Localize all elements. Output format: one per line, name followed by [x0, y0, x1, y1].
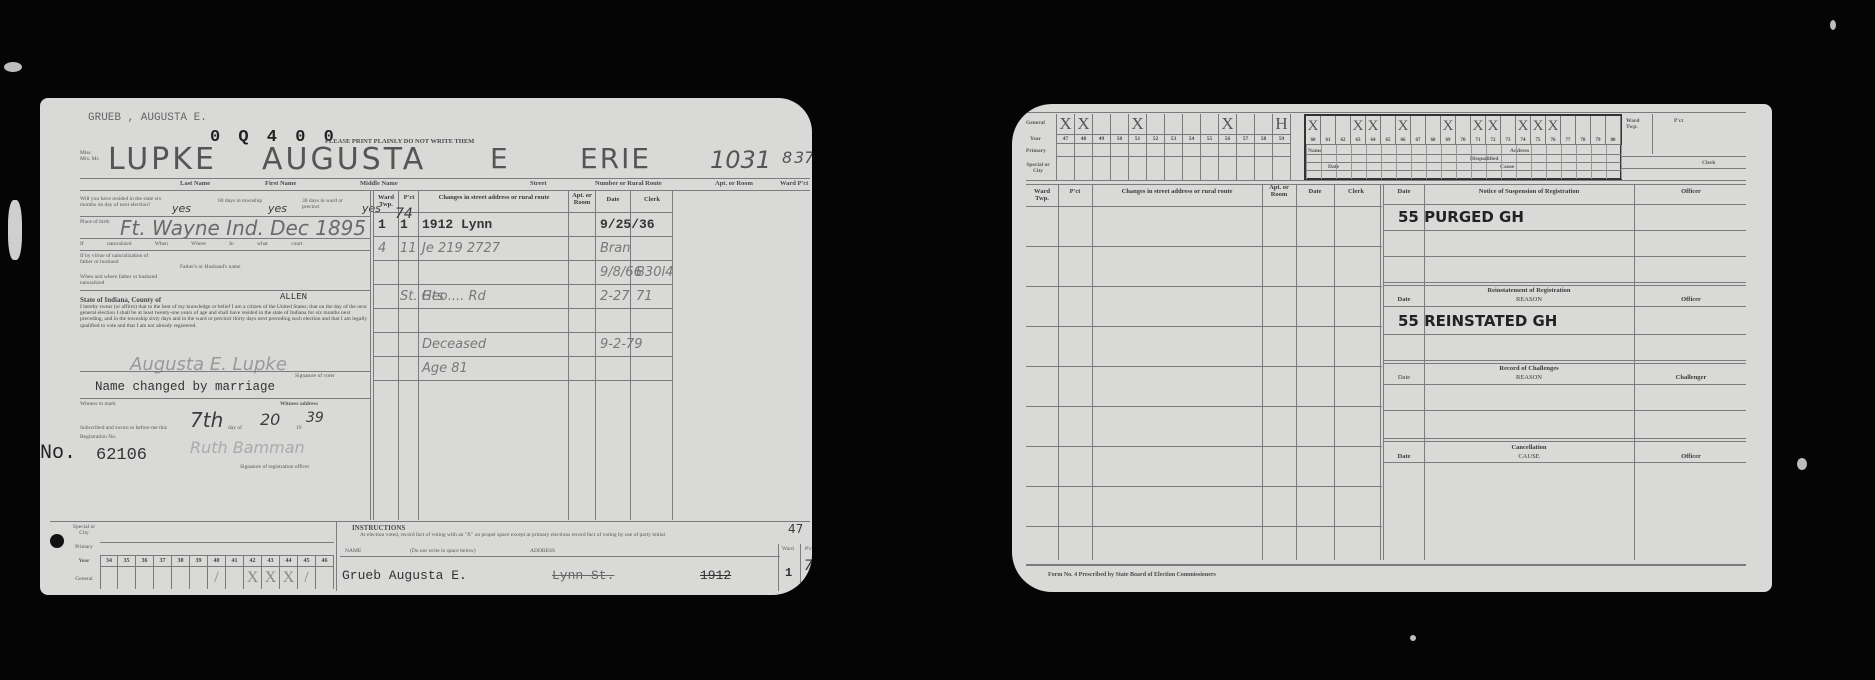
general-vote-cell	[1591, 116, 1606, 136]
grid-rule	[1396, 145, 1397, 179]
rule	[1306, 170, 1622, 171]
grid-rule	[1074, 144, 1075, 180]
row-date: 2-27	[600, 289, 630, 304]
year-cell: 35	[118, 556, 136, 566]
general-vote-cell	[1255, 114, 1273, 134]
ward-pct-label: Ward P'ct	[780, 180, 808, 187]
signature-voter-label: Signature of voter	[295, 373, 335, 379]
registration-card-front: GRUEB , AUGUSTA E. 0 Q 4 0 0 PLEASE PRIN…	[40, 98, 812, 595]
general-vote-cell: /	[208, 567, 226, 589]
front-col-pct: P'ct	[400, 194, 418, 201]
grid-rule	[1200, 144, 1201, 180]
rule	[1384, 285, 1746, 286]
general-vote-cell: X	[1531, 116, 1546, 136]
row-ward: 4	[378, 241, 386, 256]
instructions-title: INSTRUCTIONS	[352, 524, 405, 532]
general-vote-cell: X	[1471, 116, 1486, 136]
grid-rule	[1576, 145, 1577, 179]
grid-rule	[1254, 144, 1255, 180]
grid-rule	[1591, 145, 1592, 179]
general-vote-cell: X	[1057, 114, 1075, 134]
front-year-row: 34353637383940414243444546	[100, 555, 334, 567]
rule	[1384, 204, 1746, 205]
general-vote-cell: X	[244, 567, 262, 589]
year-cell: 61	[1321, 136, 1336, 144]
rule	[100, 542, 334, 543]
year-cell: 34	[100, 556, 118, 566]
year-cell: 39	[190, 556, 208, 566]
grid-rule	[1128, 144, 1129, 180]
rule	[340, 556, 780, 557]
back-grid-label-year: Year	[1030, 136, 1041, 142]
pct-label: P'ct	[805, 546, 812, 552]
row-address: Deceased	[422, 337, 486, 352]
rule	[1026, 564, 1746, 566]
grid-rule	[1516, 145, 1517, 179]
row-pct: 11	[400, 241, 417, 256]
suspension-col-officer: Officer	[1636, 188, 1746, 195]
reinstatement-col-date: Date	[1386, 296, 1422, 303]
grid-rule	[1321, 145, 1322, 179]
typed-header: GRUEB , AUGUSTA E.	[88, 112, 207, 124]
back-col-ward: Ward Twp.	[1028, 188, 1056, 202]
year-cell: 40	[208, 556, 226, 566]
general-vote-cell	[172, 567, 190, 589]
grid-rule	[1351, 145, 1352, 179]
rule	[80, 290, 370, 291]
rule	[1384, 410, 1746, 411]
back-col-apt: Apt. or Room	[1264, 184, 1294, 198]
table-row: 111912 Lynn9/25/36	[374, 214, 674, 236]
year-cell: 49	[1093, 135, 1111, 143]
street-label: Street	[530, 180, 546, 187]
year-cell: 80	[1606, 136, 1621, 144]
row-clerk: 71	[636, 289, 653, 304]
no-prefix: No.	[40, 442, 76, 465]
row-date: Bran	[600, 241, 630, 256]
year-cell: 43	[262, 556, 280, 566]
reinstatement-title: Reinstatement of Registration	[1424, 287, 1634, 294]
day-of-label: day of	[228, 425, 242, 431]
general-vote-cell: X	[280, 567, 298, 589]
general-vote-cell	[1165, 114, 1183, 134]
box-label-clerk: Clerk	[1702, 160, 1715, 166]
general-vote-cell	[100, 567, 118, 589]
challenges-col-reason: REASON	[1426, 374, 1632, 381]
middle-name-label: Middle Name	[360, 180, 398, 187]
rule	[1384, 256, 1746, 257]
row-pct: 1	[400, 217, 408, 232]
row-address: Je 219 2727	[422, 241, 500, 256]
front-col-ward: Ward Twp.	[376, 194, 396, 208]
grid-rule	[1272, 144, 1273, 180]
general-vote-cell: X	[1546, 116, 1561, 136]
row-clerk: B30l4	[636, 265, 673, 280]
year-cell: 54	[1183, 135, 1201, 143]
rule	[1384, 334, 1746, 335]
year-cell: 56	[1219, 135, 1237, 143]
cancellation-col-date: Date	[1386, 453, 1422, 460]
general-vote-cell	[1561, 116, 1576, 136]
general-vote-cell: X	[1396, 116, 1411, 136]
naturalized-label: If naturalized When Where In what court	[80, 241, 370, 247]
general-vote-cell: H	[1273, 114, 1291, 134]
table-row	[1026, 286, 1382, 287]
rule	[1026, 112, 1746, 113]
grid-rule	[1486, 145, 1487, 179]
rule	[1026, 180, 1746, 181]
year-cell: 42	[244, 556, 262, 566]
resided-state-label: Will you have resided in the state six m…	[80, 196, 170, 208]
table-row: 411Je 219 2727Bran	[374, 238, 674, 260]
grid-rule	[1546, 145, 1547, 179]
subscribed-label: Subscribed and sworn to before me this	[80, 425, 167, 431]
reinstatement-col-reason: REASON	[1426, 296, 1632, 303]
rule	[1383, 184, 1384, 560]
suspension-entry: 55 PURGED GH	[1398, 208, 1524, 226]
general-vote-cell: X	[1129, 114, 1147, 134]
grid-rule	[1146, 144, 1147, 180]
year-cell: 77	[1561, 136, 1576, 144]
corner-note: 47	[788, 522, 803, 536]
grid-rule	[1426, 145, 1427, 179]
front-grid-label-primary: Primary	[70, 544, 98, 550]
back-year-row-right: 6061626364656667686970717273747576777879…	[1306, 136, 1621, 145]
oath-text: I hereby swear (or affirm) that to the b…	[80, 304, 370, 329]
table-row	[1026, 206, 1382, 207]
row-date: 9-2-79	[600, 337, 642, 352]
rule	[1384, 438, 1746, 439]
year-cell: 58	[1255, 135, 1273, 143]
grid-rule	[1110, 144, 1111, 180]
rule	[80, 238, 370, 239]
typed-address-struck: Lynn St.	[552, 568, 614, 583]
front-grid-label-special: Special or City	[70, 524, 98, 536]
row-rule	[373, 332, 673, 333]
year-prefix-label: 19	[296, 425, 302, 431]
rule	[1634, 184, 1635, 560]
grid-rule	[1441, 145, 1442, 179]
ward-value: 8	[782, 148, 792, 167]
rule	[370, 190, 371, 520]
table-row	[1026, 366, 1382, 367]
rule	[1384, 363, 1746, 364]
year-cell: 65	[1381, 136, 1396, 144]
rule	[1384, 306, 1746, 307]
general-vote-cell	[1093, 114, 1111, 134]
apt-label: Apt. or Room	[715, 180, 753, 187]
cancellation-col-officer: Officer	[1636, 453, 1746, 460]
general-vote-cell: X	[262, 567, 280, 589]
last-name-label: Last Name	[180, 180, 210, 187]
challenges-col-challenger: Challenger	[1636, 374, 1746, 381]
general-vote-cell	[1456, 116, 1471, 136]
row-address: Age 81	[422, 361, 468, 376]
front-general-row: /XXX/	[100, 567, 334, 589]
year-cell: 66	[1396, 136, 1411, 144]
year-cell: 52	[1147, 135, 1165, 143]
row-address: Hts .... Rd	[422, 289, 486, 304]
suspension-col-notice: Notice of Suspension of Registration	[1426, 188, 1632, 195]
film-speck	[1797, 458, 1807, 470]
front-col-apt: Apt. or Room	[570, 192, 594, 206]
grid-rule	[1366, 145, 1367, 179]
grid-rule	[1456, 145, 1457, 179]
rule	[1306, 154, 1622, 155]
general-vote-cell	[316, 567, 334, 589]
table-row: St. GeoHts .... Rd2-2771	[374, 286, 674, 308]
year-cell: 78	[1576, 136, 1591, 144]
grid-rule	[1218, 144, 1219, 180]
grid-rule	[1182, 144, 1183, 180]
grid-rule	[1164, 144, 1165, 180]
year-cell: 67	[1411, 136, 1426, 144]
grid-rule	[1056, 144, 1057, 180]
year-cell: 53	[1165, 135, 1183, 143]
general-vote-cell	[118, 567, 136, 589]
year-cell: 76	[1546, 136, 1561, 144]
name-changed-note: Name changed by marriage	[95, 380, 275, 394]
name-hint: (Do not write in space below)	[410, 548, 476, 554]
subscribed-year: 39	[306, 410, 324, 426]
year-cell: 72	[1486, 136, 1501, 144]
first-name-label: First Name	[265, 180, 296, 187]
rule	[1296, 184, 1297, 560]
general-vote-cell	[1147, 114, 1165, 134]
front-grid-label-general: General	[70, 576, 98, 582]
year-cell: 75	[1531, 136, 1546, 144]
rule	[1262, 184, 1263, 560]
row-rule	[373, 260, 673, 261]
middle-name-value: E	[490, 142, 508, 175]
year-cell: 44	[280, 556, 298, 566]
ward-value-bottom: 1	[785, 566, 792, 580]
grid-rule	[1381, 145, 1382, 179]
front-col-date: Date	[597, 196, 629, 203]
table-row: 9/8/66B30l4	[374, 262, 674, 284]
year-cell: 60	[1306, 136, 1321, 144]
table-row	[1026, 406, 1382, 407]
year-cell: 69	[1441, 136, 1456, 144]
challenges-title: Record of Challenges	[1424, 365, 1634, 372]
general-vote-cell	[1381, 116, 1396, 136]
table-row	[1026, 526, 1382, 527]
year-cell: 55	[1201, 135, 1219, 143]
back-col-pct: P'ct	[1060, 188, 1090, 195]
film-speck	[1830, 20, 1836, 30]
general-vote-cell	[1183, 114, 1201, 134]
row-address: 1912 Lynn	[422, 217, 492, 232]
front-col-address: Changes in street address or rural route	[420, 194, 568, 201]
rule	[336, 521, 337, 591]
year-cell: 47	[1057, 135, 1075, 143]
witness-address-label: Witness address	[280, 401, 318, 407]
witness-mark-label: Witness to mark	[80, 401, 116, 407]
general-vote-cell: X	[1219, 114, 1237, 134]
form-footer: Form No. 4 Prescribed by State Board of …	[1048, 572, 1216, 578]
box-label-ward-twp: Ward Twp.	[1626, 118, 1644, 130]
rule	[1622, 156, 1746, 157]
general-vote-cell: X	[1516, 116, 1531, 136]
box-label-pct: P'ct	[1674, 118, 1683, 124]
rule	[1306, 162, 1622, 163]
reinstatement-col-officer: Officer	[1636, 296, 1746, 303]
general-vote-cell	[154, 567, 172, 589]
suspension-col-date: Date	[1386, 188, 1422, 195]
name-line	[80, 178, 810, 179]
year-cell: 63	[1351, 136, 1366, 144]
film-speck	[4, 62, 22, 72]
grid-rule	[1501, 145, 1502, 179]
cancellation-col-cause: CAUSE	[1426, 453, 1632, 460]
general-vote-cell	[1111, 114, 1129, 134]
grid-rule	[1336, 145, 1337, 179]
back-col-date: Date	[1298, 188, 1332, 195]
row-date: 9/25/36	[600, 217, 655, 232]
grid-rule	[1306, 145, 1307, 179]
grid-rule	[1236, 144, 1237, 180]
table-row	[374, 310, 674, 332]
resided-township-label: 60 days in township	[218, 198, 268, 204]
year-cell: 41	[226, 556, 244, 566]
rule	[1384, 462, 1746, 463]
year-cell: 70	[1456, 136, 1471, 144]
number-value: 1031	[710, 146, 771, 174]
grid-rule	[1411, 145, 1412, 179]
rule	[1384, 441, 1746, 442]
rule	[1384, 360, 1746, 361]
subscribed-day: 7th	[190, 408, 223, 432]
first-name-value: AUGUSTA	[262, 142, 426, 177]
punch-hole	[50, 534, 64, 548]
officer-signature: Ruth Bamman	[190, 438, 305, 457]
general-vote-cell	[226, 567, 244, 589]
year-cell: 62	[1336, 136, 1351, 144]
general-vote-cell: /	[298, 567, 316, 589]
year-cell: 74	[1516, 136, 1531, 144]
rule	[1092, 184, 1093, 560]
rule	[1622, 168, 1746, 169]
general-vote-cell	[1237, 114, 1255, 134]
general-vote-cell	[1501, 116, 1516, 136]
general-vote-cell: X	[1306, 116, 1321, 136]
grid-rule	[1531, 145, 1532, 179]
film-speck	[1410, 635, 1416, 641]
rule	[1384, 230, 1746, 231]
county-value: ALLEN	[280, 292, 307, 302]
general-vote-cell	[1426, 116, 1441, 136]
row-rule	[373, 356, 673, 357]
row-rule	[373, 236, 673, 237]
general-vote-cell: X	[1486, 116, 1501, 136]
year-cell: 50	[1111, 135, 1129, 143]
last-name-value: LUPKE	[108, 142, 217, 177]
registration-card-back: General Year Primary Special or City XXX…	[1012, 104, 1772, 592]
back-grid-label-special: Special or City	[1026, 162, 1050, 174]
general-vote-cell	[1411, 116, 1426, 136]
table-row: Age 81	[374, 358, 674, 380]
year-cell: 38	[172, 556, 190, 566]
rule	[50, 521, 810, 522]
table-row	[1026, 246, 1382, 247]
general-vote-cell	[1606, 116, 1621, 136]
year-cell: 36	[136, 556, 154, 566]
grid-rule	[1606, 145, 1607, 179]
row-rule	[373, 380, 673, 381]
year-cell: 51	[1129, 135, 1147, 143]
back-general-row-right: XXXXXXXXXX	[1306, 116, 1621, 136]
year-cell: 64	[1366, 136, 1381, 144]
rule	[1652, 114, 1653, 154]
address-label: ADDRESS	[530, 548, 555, 554]
cancellation-title: Cancellation	[1424, 444, 1634, 451]
year-cell: 71	[1471, 136, 1486, 144]
front-grid-label-year: Year	[70, 558, 98, 564]
place-of-birth-value: Ft. Wayne Ind. Dec 1895	[120, 216, 366, 240]
challenges-col-date: Date	[1386, 374, 1422, 381]
rule	[1380, 184, 1381, 560]
general-vote-cell	[1576, 116, 1591, 136]
resided-township-value: yes	[268, 202, 287, 215]
rule	[1058, 184, 1059, 560]
general-vote-cell	[1201, 114, 1219, 134]
row-rule	[373, 308, 673, 309]
grid-rule	[1290, 144, 1291, 180]
grid-rule	[1621, 145, 1622, 179]
back-grid-label-general: General	[1026, 120, 1045, 126]
back-col-clerk: Clerk	[1336, 188, 1376, 195]
year-cell: 57	[1237, 135, 1255, 143]
back-grid-label-primary: Primary	[1026, 148, 1046, 154]
name-label: NAME	[345, 548, 361, 554]
pct-value-bottom: 74	[804, 558, 812, 574]
table-row: Deceased9-2-79	[374, 334, 674, 356]
table-row	[1026, 446, 1382, 447]
general-vote-cell	[136, 567, 154, 589]
state-county-label: State of Indiana, County of	[80, 296, 161, 304]
rule	[1384, 384, 1746, 385]
back-year-row-left: 47484950515253545556575859	[1056, 134, 1291, 144]
rule	[373, 212, 673, 213]
general-vote-cell: X	[1075, 114, 1093, 134]
rule	[80, 398, 370, 399]
rule	[80, 250, 370, 251]
signature-officer-label: Signature of registration officer	[240, 464, 309, 470]
general-vote-cell	[1336, 116, 1351, 136]
father-husband-label: Father's or Husband's name	[180, 264, 320, 270]
front-col-clerk: Clerk	[632, 196, 672, 203]
general-vote-cell: X	[1441, 116, 1456, 136]
table-row	[1026, 326, 1382, 327]
resided-state-value: yes	[172, 202, 191, 215]
grid-rule	[1092, 144, 1093, 180]
year-cell: 48	[1075, 135, 1093, 143]
registration-no-label: Registration No.	[80, 434, 116, 440]
year-cell: 68	[1426, 136, 1441, 144]
table-row	[1026, 486, 1382, 487]
year-cell: 79	[1591, 136, 1606, 144]
general-vote-cell: X	[1351, 116, 1366, 136]
ward-label: Ward	[782, 546, 794, 552]
film-speck	[8, 200, 22, 260]
number-label: Number or Rural Route	[595, 180, 662, 187]
when-where-label: When and where father or husband natural…	[80, 274, 170, 286]
general-vote-cell	[190, 567, 208, 589]
by-virtue-label: If by virtue of naturalization of father…	[80, 253, 158, 265]
general-vote-cell: X	[1366, 116, 1381, 136]
typed-number: 1912	[700, 568, 731, 583]
year-cell: 46	[316, 556, 334, 566]
